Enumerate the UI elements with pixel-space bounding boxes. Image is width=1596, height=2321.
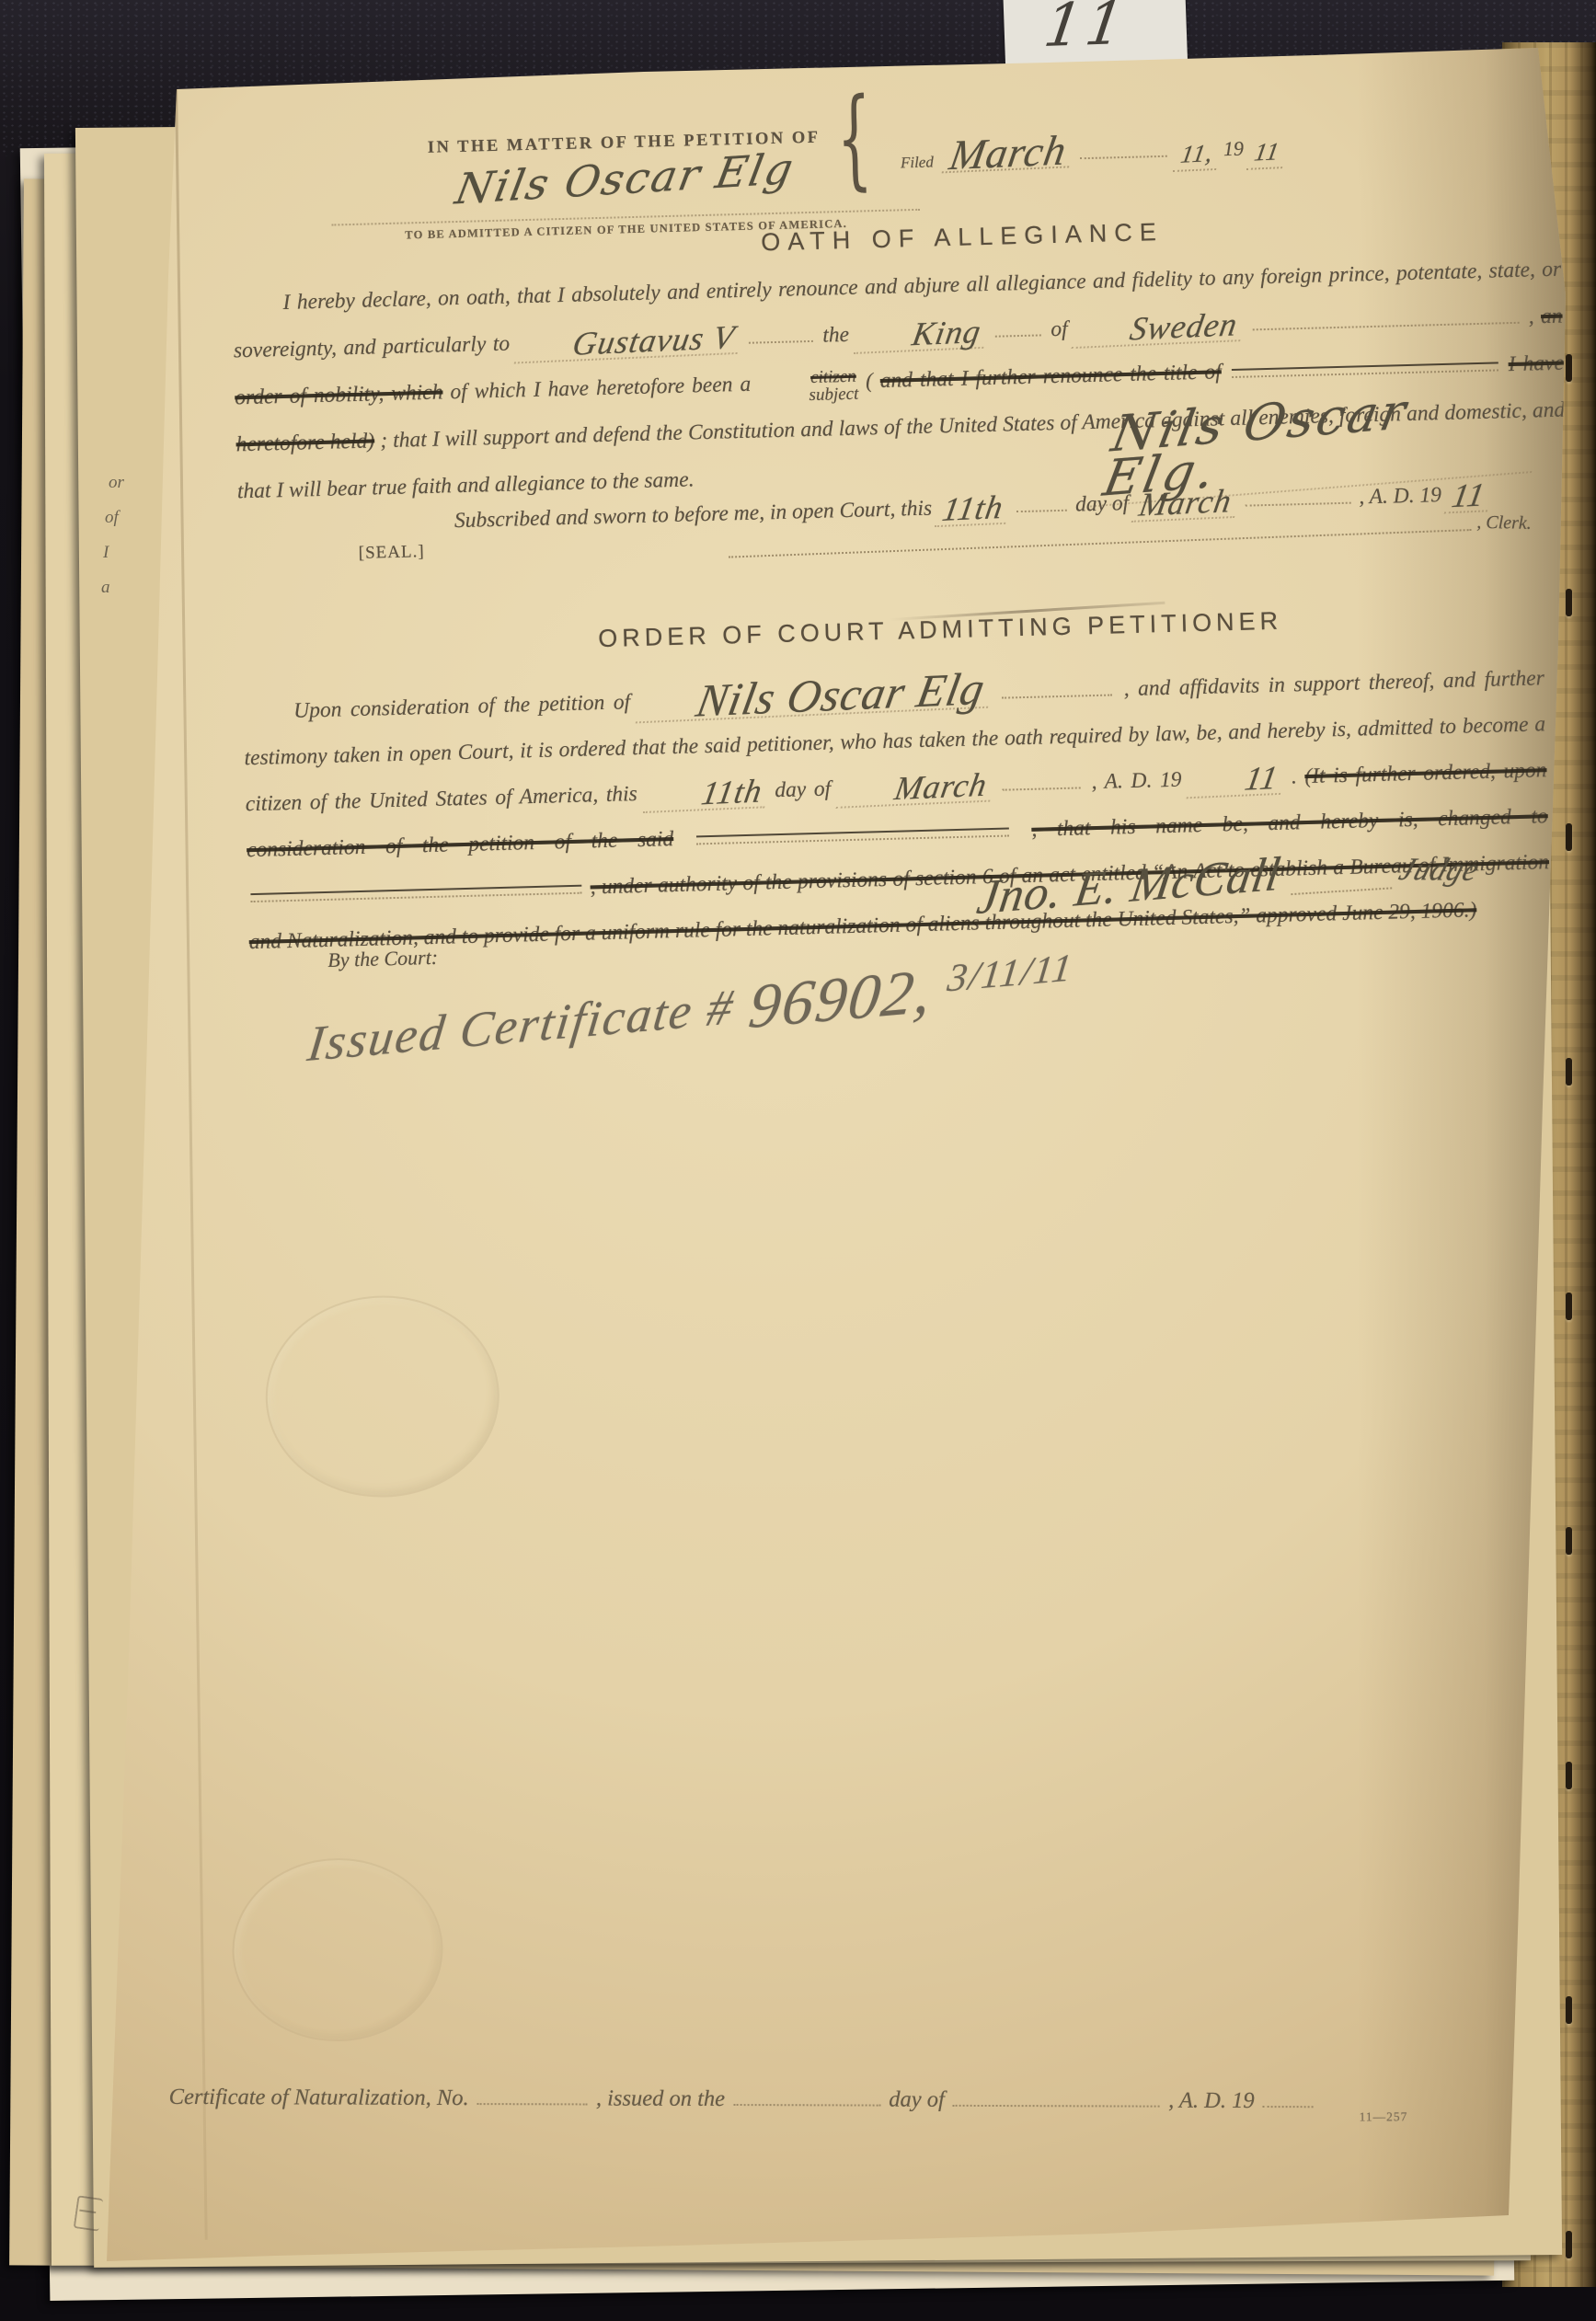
word-choice-stack: citizensubject	[758, 368, 859, 406]
handwritten-text: March	[1131, 487, 1240, 523]
handwritten-text: 11th	[935, 493, 1011, 528]
printed-text: , issued on the	[596, 2086, 725, 2111]
kept-word: subject	[758, 385, 858, 406]
document-page: IN THE MATTER OF THE PETITION OF Nils Os…	[0, 0, 1596, 2321]
blank-line	[477, 2090, 588, 2105]
photographed-record-book: or of I a 11 IN THE MATTER OF THE PETITI…	[0, 0, 1596, 2321]
printed-text: Subscribed and sworn to before me, in op…	[454, 497, 933, 534]
form-number: 11—257	[1360, 2109, 1408, 2124]
handwritten-text: Issued Certificate #	[299, 978, 743, 1074]
filed-label: Filed	[901, 146, 935, 178]
order-heading: ORDER OF COURT ADMITTING PETITIONER	[598, 607, 1283, 653]
handwritten-text: Gustavus V	[513, 323, 741, 364]
printed-text: .	[1292, 764, 1298, 788]
blank-line	[1002, 682, 1112, 699]
stitch-hole	[1566, 1527, 1572, 1555]
blank-line	[1245, 489, 1350, 507]
handwritten-text: 96902,	[741, 962, 942, 1037]
blank-line	[1016, 497, 1067, 512]
blank-line	[696, 822, 1009, 845]
blank-line	[1232, 356, 1498, 378]
printed-text: day of	[775, 777, 831, 803]
struck-text: , that his name be, and hereby is, chang…	[1031, 804, 1548, 842]
handwritten-text: 11	[1444, 480, 1493, 513]
printed-text: day of	[1075, 491, 1130, 517]
certificate-footer-line: Certificate of Naturalization, No. , iss…	[169, 2074, 1485, 2125]
handwritten-text: 11	[1246, 137, 1288, 170]
filed-date: March 11, 19 11	[944, 129, 1285, 178]
handwritten-text: 11th	[642, 776, 769, 813]
brace-glyph: {	[836, 95, 873, 180]
printed-text: , A. D. 19	[1168, 2088, 1255, 2113]
clerk-label: , Clerk.	[1476, 512, 1532, 534]
tab-number: 11	[1039, 0, 1131, 61]
handwritten-text: Judge	[1390, 856, 1488, 887]
blank-line	[953, 2092, 1160, 2108]
printed-text: (	[866, 369, 874, 393]
page-content: IN THE MATTER OF THE PETITION OF Nils Os…	[138, 0, 1586, 2290]
handwritten-text: March	[942, 136, 1074, 173]
handwritten-text: Nils Oscar Elg	[635, 672, 994, 724]
stitch-hole	[1566, 1996, 1572, 2024]
printed-text: of which I have heretofore been a	[450, 373, 751, 405]
stitch-hole	[1566, 589, 1572, 616]
handwritten-text: King	[853, 317, 988, 354]
handwritten-text: 11,	[1172, 139, 1221, 172]
seal-label: [SEAL.]	[359, 542, 425, 564]
printed-text: Upon consideration of the petition of	[293, 690, 631, 723]
embossed-seal	[263, 1293, 502, 1500]
printed-text: , A. D. 19	[1091, 768, 1182, 795]
stitch-hole	[1566, 354, 1572, 382]
margin-fragment: or	[109, 473, 124, 493]
printed-text: 19	[1223, 137, 1245, 161]
stitch-hole	[1566, 823, 1572, 851]
handwritten-text: 11	[1187, 764, 1286, 799]
blank-line	[1079, 143, 1166, 159]
blank-line	[749, 327, 813, 344]
handwritten-text: March	[836, 770, 995, 808]
blank-line	[1252, 309, 1519, 331]
embossed-seal	[230, 1856, 445, 2044]
margin-fragment: I	[103, 543, 109, 563]
struck-text: and that I further renounce the title of	[880, 360, 1223, 393]
printed-text: of	[1051, 317, 1068, 341]
stitch-hole	[1566, 2231, 1572, 2258]
blank-line	[250, 879, 581, 902]
printed-text: Certificate of Naturalization, No.	[169, 2085, 469, 2110]
pencil-scribble	[74, 2195, 104, 2232]
handwritten-text: Sweden	[1072, 310, 1246, 349]
stitch-hole	[1566, 1293, 1572, 1320]
filed-block: { Filed March 11, 19 11	[819, 84, 1285, 180]
blank-line	[995, 321, 1041, 337]
blank-line	[733, 2091, 880, 2107]
handwritten-text: 3/11/11	[938, 940, 1082, 1010]
printed-text: day of	[889, 2087, 945, 2112]
printed-text: ,	[1528, 304, 1534, 328]
blank-line	[1263, 2093, 1314, 2108]
by-the-court-label: By the Court:	[327, 934, 439, 983]
blank-line	[1003, 774, 1081, 790]
stitch-hole	[1566, 1762, 1572, 1789]
printed-text: the	[822, 323, 849, 348]
order-paragraph: Upon consideration of the petition of Ni…	[243, 655, 1551, 965]
margin-fragment: a	[101, 578, 110, 598]
printed-text: , A. D. 19	[1359, 483, 1441, 509]
stitch-hole	[1566, 1058, 1572, 1086]
margin-fragment: of	[105, 508, 119, 528]
